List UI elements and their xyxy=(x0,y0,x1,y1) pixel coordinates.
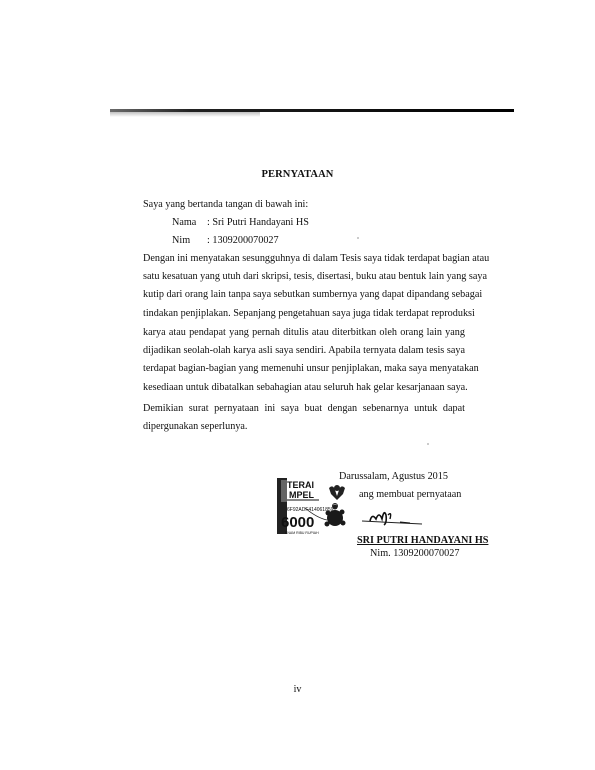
body-line: kutip dari orang lain tanpa saya sebutka… xyxy=(143,289,465,301)
body-line: tindakan penjiplakan. Sepanjang pengetah… xyxy=(143,308,465,320)
body-line: kesediaan untuk dibatalkan sebahagian at… xyxy=(143,382,468,394)
body-line: Dengan ini menyatakan sesungguhnya di da… xyxy=(143,253,465,265)
revenue-stamp: TERAI MPEL 6F92ADF414061859 6000 ENAM RI… xyxy=(277,478,357,536)
scan-speck xyxy=(427,443,429,445)
body-line: terdapat bagian-bagian yang memenuhi uns… xyxy=(143,363,465,375)
stamp-line1: TERAI xyxy=(287,480,314,490)
intro-text: Saya yang bertanda tangan di bawah ini: xyxy=(143,199,308,211)
stamp-small: ENAM RIBU RUPIAH xyxy=(285,531,319,535)
stamp-amount: 6000 xyxy=(281,514,314,531)
closing-line: Demikian surat pernyataan ini saya buat … xyxy=(143,403,465,415)
nim-value: : 1309200070027 xyxy=(207,235,279,247)
nim-label: Nim xyxy=(172,235,190,247)
stamp-line2: MPEL xyxy=(289,490,315,500)
name-value: : Sri Putri Handayani HS xyxy=(207,217,309,229)
document-title: PERNYATAAN xyxy=(0,169,595,180)
scan-speck xyxy=(357,237,359,239)
signer-role: ang membuat pernyataan xyxy=(359,489,461,501)
name-label: Nama xyxy=(172,217,196,229)
handwritten-signature-icon xyxy=(362,505,432,527)
materai-stamp-icon: TERAI MPEL 6F92ADF414061859 6000 ENAM RI… xyxy=(277,478,357,536)
closing-line: dipergunakan seperlunya. xyxy=(143,421,247,433)
page-number: iv xyxy=(0,684,595,695)
body-line: karya atau pendapat yang pernah ditulis … xyxy=(143,327,465,339)
header-rule-shadow xyxy=(110,112,260,117)
signer-nim: Nim. 1309200070027 xyxy=(370,548,459,560)
body-line: satu kesatuan yang utuh dari skripsi, te… xyxy=(143,271,465,283)
body-line: dijadikan seolah-olah karya asli saya se… xyxy=(143,345,465,357)
signer-name: SRI PUTRI HANDAYANI HS xyxy=(357,535,488,547)
